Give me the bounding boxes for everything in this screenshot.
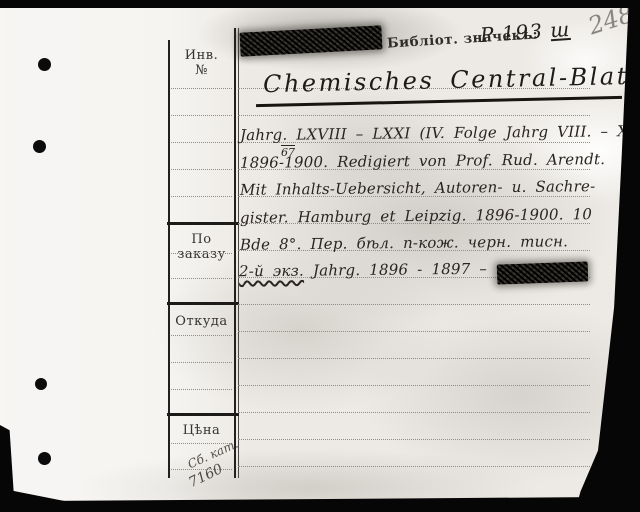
entry-line-4: gister. Hamburg et Leipzig. 1896-1900. 1… — [240, 205, 592, 227]
rule — [238, 466, 590, 467]
entry-line-6-rest: Jahrg. 1896 - 1897 – — [313, 260, 487, 280]
copy-note: 2-й экз. — [239, 262, 304, 281]
entry-line-6: 2-й экз. Jahrg. 1896 - 1897 – — [239, 260, 487, 281]
label-by-order: По заказу — [168, 232, 235, 262]
rule — [171, 389, 232, 390]
redacted-text — [497, 261, 589, 284]
entry-line-2: 1896-1900. Redigiert von Prof. Rud. Aren… — [240, 150, 605, 172]
scan-edge-top — [0, 0, 640, 8]
rule — [171, 253, 232, 254]
label-inventory: Инв. — [168, 48, 235, 63]
rule — [171, 196, 232, 197]
section-divider — [167, 413, 239, 416]
rule — [171, 115, 232, 116]
rule — [238, 412, 590, 413]
shelfmark-main: P 193 — [479, 19, 544, 47]
punch-hole — [38, 58, 51, 71]
label-price: Цѣна — [168, 423, 235, 438]
scanned-catalog-card: Инв. № По заказу Откуда Цѣна Библіот. зн… — [0, 0, 640, 512]
shelfmark-part: ш — [549, 17, 571, 42]
section-divider — [167, 222, 239, 225]
rule — [171, 142, 232, 143]
column-right-border-inner — [238, 28, 239, 478]
rule — [238, 304, 590, 305]
rule — [238, 385, 590, 386]
entry-line-5: Bde 8°. Пер. бѣл. п-кож. черн. тисн. — [240, 232, 568, 253]
label-inventory-number: № — [168, 63, 235, 78]
rule — [238, 439, 590, 440]
rule — [171, 278, 232, 279]
section-divider — [167, 302, 239, 305]
entry-line-3: Mit Inhalts-Uebersicht, Autoren- u. Sach… — [240, 177, 595, 199]
rule — [238, 115, 590, 116]
rule — [171, 362, 232, 363]
punch-hole — [35, 378, 47, 390]
punch-hole — [33, 140, 46, 153]
rule — [238, 358, 590, 359]
rule — [171, 169, 232, 170]
punch-hole — [38, 452, 51, 465]
rule — [238, 331, 590, 332]
label-origin: Откуда — [168, 314, 235, 329]
rule — [171, 88, 232, 89]
rule — [171, 335, 232, 336]
